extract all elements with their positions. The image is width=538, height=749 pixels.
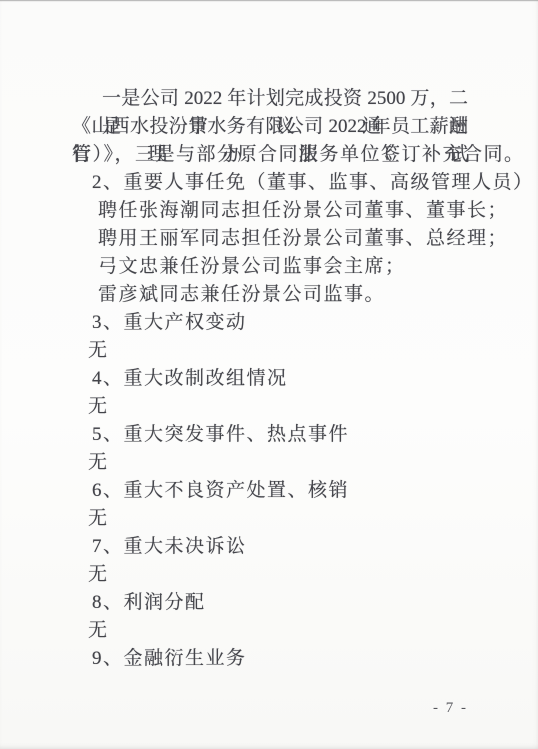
document-line: 无 — [72, 393, 468, 421]
document-line: 无 — [72, 449, 468, 477]
document-line: 无 — [72, 337, 468, 365]
document-line: 3、重大产权变动 — [72, 309, 468, 337]
document-line: 一是公司 2022 年计划完成投资 2500 万，二是审议通过 — [72, 85, 468, 113]
document-line: 《山西水投汾景水务有限公司 2022 年员工薪酬管理办法（试 — [72, 113, 468, 141]
document-line: 聘用王丽军同志担任汾景公司董事、总经理； — [72, 225, 468, 253]
document-line: 聘任张海潮同志担任汾景公司董事、董事长； — [72, 197, 468, 225]
document-line: 2、重要人事任免（董事、监事、高级管理人员） — [72, 169, 468, 197]
document-body: 一是公司 2022 年计划完成投资 2500 万，二是审议通过《山西水投汾景水务… — [72, 85, 468, 673]
document-line: 雷彦斌同志兼任汾景公司监事。 — [72, 281, 468, 309]
document-line: 8、利润分配 — [72, 589, 468, 617]
document-line: 无 — [72, 617, 468, 645]
document-line: 6、重大不良资产处置、核销 — [72, 477, 468, 505]
document-line: 4、重大改制改组情况 — [72, 365, 468, 393]
document-line: 无 — [72, 561, 468, 589]
document-line: 行）》，三是与部分原合同服务单位签订补充合同。 — [72, 141, 468, 169]
page-number: - 7 - — [433, 698, 468, 718]
document-line: 9、金融衍生业务 — [72, 645, 468, 673]
scanned-document-page: 一是公司 2022 年计划完成投资 2500 万，二是审议通过《山西水投汾景水务… — [0, 0, 538, 749]
document-line: 5、重大突发事件、热点事件 — [72, 421, 468, 449]
document-line: 无 — [72, 505, 468, 533]
document-line: 7、重大未决诉讼 — [72, 533, 468, 561]
document-line: 弓文忠兼任汾景公司监事会主席； — [72, 253, 468, 281]
